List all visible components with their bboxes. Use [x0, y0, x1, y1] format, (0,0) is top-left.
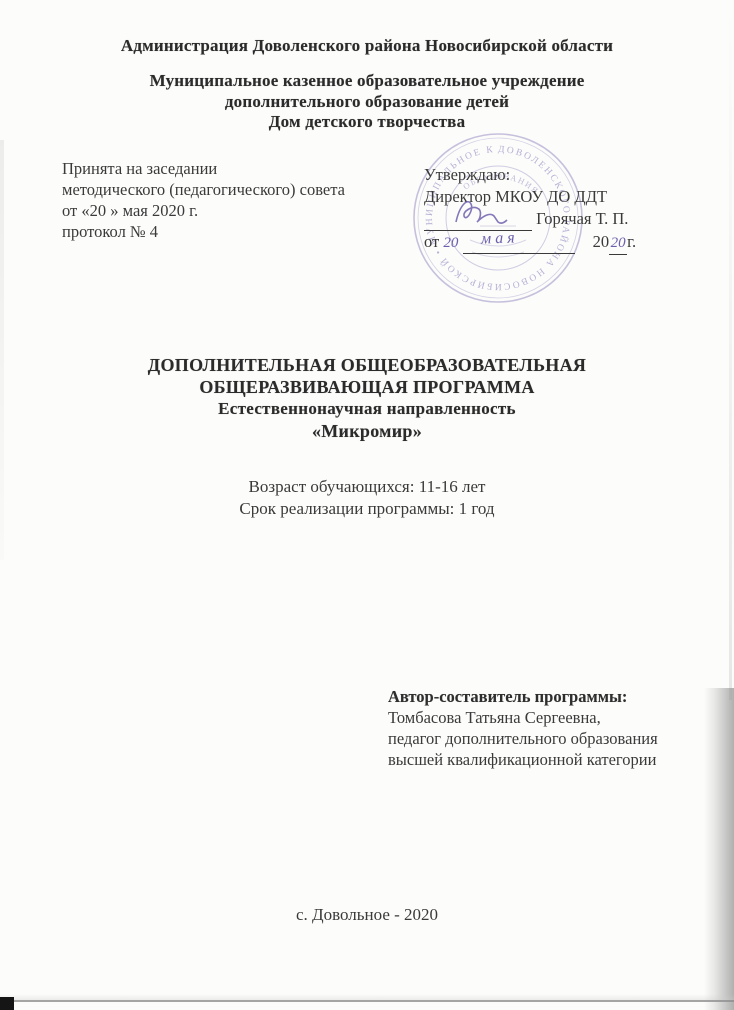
accepted-line-4: протокол № 4 — [62, 221, 392, 242]
program-title-line-1: ДОПОЛНИТЕЛЬНАЯ ОБЩЕОБРАЗОВАТЕЛЬНАЯ — [0, 355, 734, 376]
date-prefix: от — [424, 232, 439, 251]
year-printed: 20 — [593, 232, 610, 251]
author-block: Автор-составитель программы: Томбасова Т… — [388, 686, 688, 770]
approved-block: Утверждаю: Директор МКОУ ДО ДДТ Горячая … — [424, 164, 714, 255]
approval-date-line: от 20 мая 2020г. — [424, 231, 714, 255]
approved-line-1: Утверждаю: — [424, 164, 714, 186]
program-duration: Срок реализации программы: 1 год — [0, 499, 734, 519]
header-administration: Администрация Доволенского района Новоси… — [0, 36, 734, 56]
scanned-document-page: Администрация Доволенского района Новоси… — [0, 0, 734, 1010]
accepted-line-3: от «20 » мая 2020 г. — [62, 200, 392, 221]
author-name: Томбасова Татьяна Сергеевна, — [388, 707, 688, 728]
students-age: Возраст обучающихся: 11-16 лет — [0, 477, 734, 497]
scan-bottom-line — [12, 1000, 734, 1002]
footer-place-year: с. Довольное - 2020 — [0, 905, 734, 925]
date-suffix: г. — [627, 232, 636, 251]
accepted-line-1: Принята на заседании — [62, 158, 392, 179]
accepted-line-2: методического (педагогического) совета — [62, 179, 392, 200]
header-institution-2: дополнительного образование детей — [0, 92, 734, 112]
handwritten-day: 20 — [443, 235, 458, 251]
handwritten-month: мая — [480, 227, 518, 250]
author-line-2: педагог дополнительного образования — [388, 728, 688, 749]
program-direction: Естественнонаучная направленность — [0, 399, 734, 419]
signature-line: Горячая Т. П. — [424, 208, 714, 231]
header-institution-3: Дом детского творчества — [0, 112, 734, 132]
handwritten-year: 20 — [609, 232, 627, 255]
author-line-3: высшей квалификационной категории — [388, 749, 688, 770]
scan-edge-right-faint — [729, 0, 732, 700]
header-institution: Муниципальное казенное образовательное у… — [0, 71, 734, 91]
scan-left-smudge — [0, 140, 4, 560]
signature-scribble — [450, 196, 520, 230]
director-name: Горячая Т. П. — [536, 209, 628, 228]
scan-edge-right-shadow — [704, 688, 734, 1010]
program-name: «Микромир» — [0, 421, 734, 442]
program-title-line-2: ОБЩЕРАЗВИВАЮЩАЯ ПРОГРАММА — [0, 377, 734, 398]
scan-corner-artifact — [0, 997, 14, 1010]
accepted-block: Принята на заседании методического (педа… — [62, 158, 392, 242]
author-heading: Автор-составитель программы: — [388, 686, 688, 707]
